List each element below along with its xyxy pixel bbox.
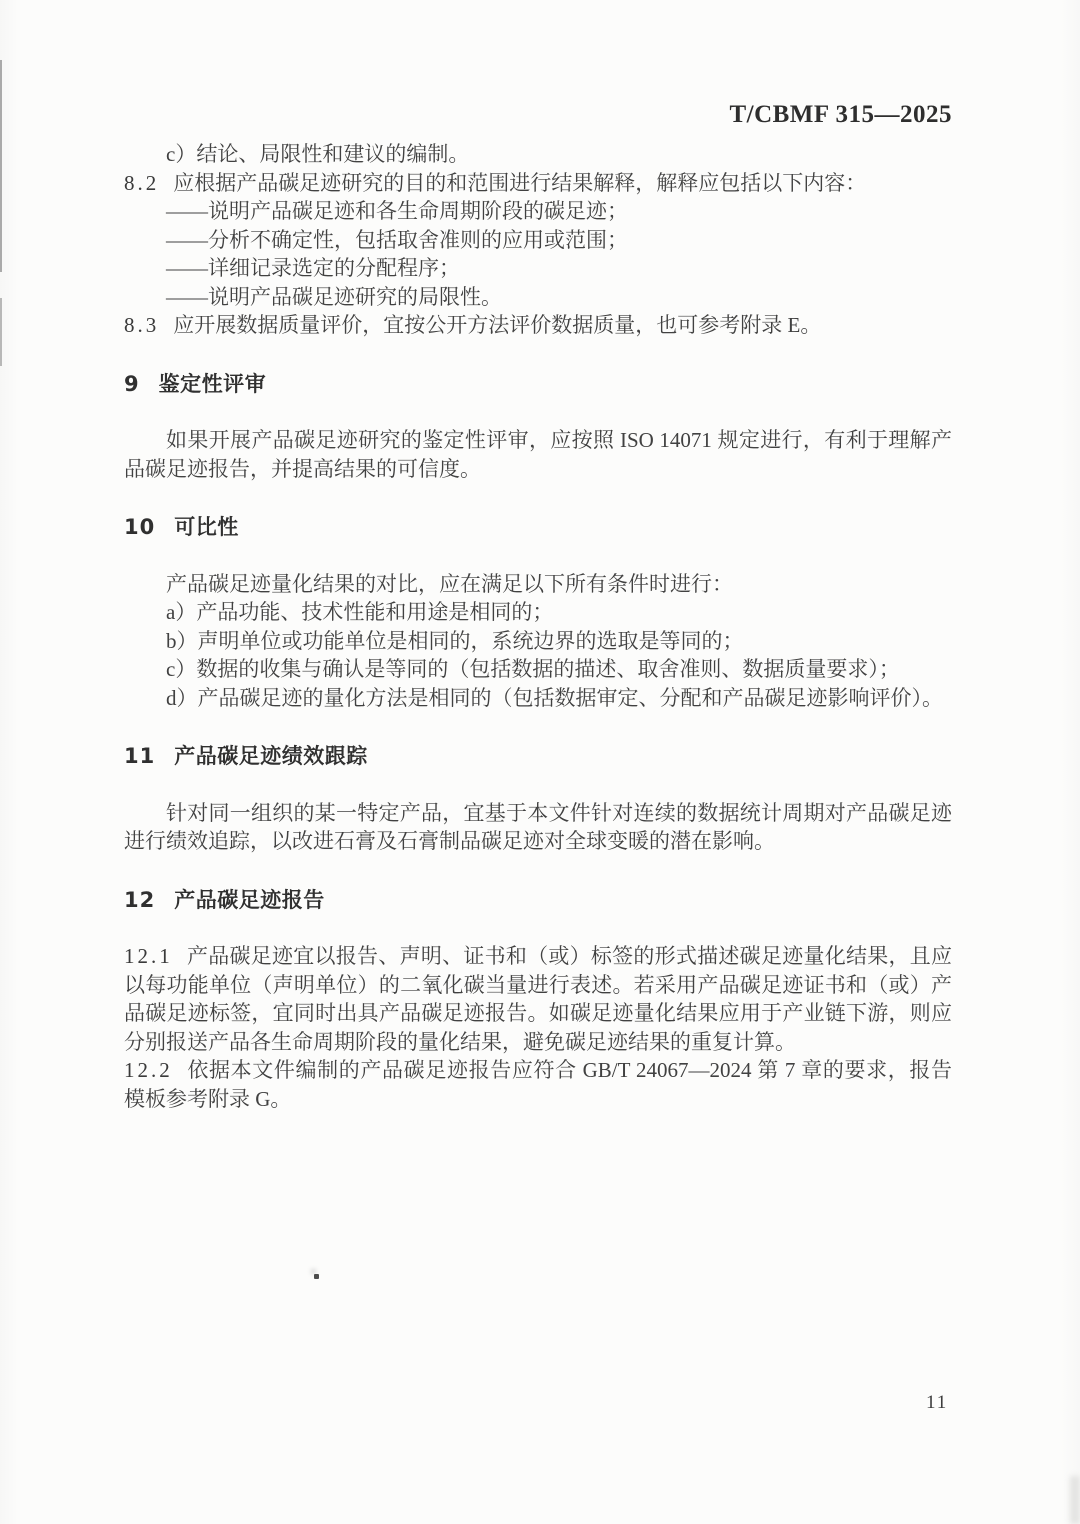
scan-speck-artifact xyxy=(314,1274,319,1279)
dash-item: ——说明产品碳足迹研究的局限性。 xyxy=(124,283,952,312)
document-page: T/CBMF 315—2025 c）结论、局限性和建议的编制。 8.2应根据产品… xyxy=(0,0,1080,1524)
dash-item: ——详细记录选定的分配程序； xyxy=(124,254,952,283)
clause-12-1-text: 产品碳足迹宜以报告、声明、证书和（或）标签的形式描述碳足迹量化结果，且应以每功能… xyxy=(124,944,952,1054)
dash-item: ——分析不确定性，包括取舍准则的应用或范围； xyxy=(124,226,952,255)
clause-8-2-text: 应根据产品碳足迹研究的目的和范围进行结果解释，解释应包括以下内容： xyxy=(173,171,866,195)
section-9-paragraph: 如果开展产品碳足迹研究的鉴定性评审，应按照 ISO 14071 规定进行，有利于… xyxy=(124,426,952,483)
list-item-b: b）声明单位或功能单位是相同的，系统边界的选取是等同的； xyxy=(124,627,952,656)
section-10-heading: 10可比性 xyxy=(124,513,952,542)
section-9-number: 9 xyxy=(124,372,140,396)
section-10-number: 10 xyxy=(124,515,155,539)
section-11-paragraph: 针对同一组织的某一特定产品，宜基于本文件针对连续的数据统计周期对产品碳足迹进行绩… xyxy=(124,799,952,856)
clause-8-1-item-c: c）结论、局限性和建议的编制。 xyxy=(124,140,952,169)
section-12-title: 产品碳足迹报告 xyxy=(174,888,325,912)
dash-item: ——说明产品碳足迹和各生命周期阶段的碳足迹； xyxy=(124,197,952,226)
doc-code-header: T/CBMF 315—2025 xyxy=(124,100,952,130)
scan-edge-artifact xyxy=(0,298,2,366)
scan-corner-shadow xyxy=(1070,1476,1080,1524)
page-number: 11 xyxy=(926,1392,948,1414)
section-11-heading: 11产品碳足迹绩效跟踪 xyxy=(124,742,952,771)
section-11-number: 11 xyxy=(124,744,155,768)
clause-8-3-text: 应开展数据质量评价，宜按公开方法评价数据质量，也可参考附录 E。 xyxy=(173,313,821,337)
section-10-title: 可比性 xyxy=(174,515,239,539)
section-12-heading: 12产品碳足迹报告 xyxy=(124,886,952,915)
clause-12-2-number: 12.2 xyxy=(124,1058,173,1082)
clause-12-1: 12.1产品碳足迹宜以报告、声明、证书和（或）标签的形式描述碳足迹量化结果，且应… xyxy=(124,942,952,1056)
document-body: c）结论、局限性和建议的编制。 8.2应根据产品碳足迹研究的目的和范围进行结果解… xyxy=(124,140,952,1113)
scan-edge-artifact xyxy=(0,60,2,272)
section-10-intro: 产品碳足迹量化结果的对比，应在满足以下所有条件时进行： xyxy=(124,570,952,599)
section-9-title: 鉴定性评审 xyxy=(159,372,267,396)
clause-8-2-number: 8.2 xyxy=(124,171,159,195)
clause-12-1-number: 12.1 xyxy=(124,944,173,968)
section-9-heading: 9鉴定性评审 xyxy=(124,370,952,399)
section-11-title: 产品碳足迹绩效跟踪 xyxy=(174,744,368,768)
list-item-a: a）产品功能、技术性能和用途是相同的； xyxy=(124,598,952,627)
list-item-c: c）数据的收集与确认是等同的（包括数据的描述、取舍准则、数据质量要求）； xyxy=(124,655,952,684)
clause-8-3: 8.3应开展数据质量评价，宜按公开方法评价数据质量，也可参考附录 E。 xyxy=(124,311,952,340)
section-12-number: 12 xyxy=(124,888,155,912)
clause-12-2-text: 依据本文件编制的产品碳足迹报告应符合 GB/T 24067—2024 第 7 章… xyxy=(124,1058,952,1111)
clause-8-3-number: 8.3 xyxy=(124,313,159,337)
clause-12-2: 12.2依据本文件编制的产品碳足迹报告应符合 GB/T 24067—2024 第… xyxy=(124,1056,952,1113)
list-item-d: d）产品碳足迹的量化方法是相同的（包括数据审定、分配和产品碳足迹影响评价）。 xyxy=(124,684,952,713)
clause-8-2: 8.2应根据产品碳足迹研究的目的和范围进行结果解释，解释应包括以下内容： xyxy=(124,169,952,198)
